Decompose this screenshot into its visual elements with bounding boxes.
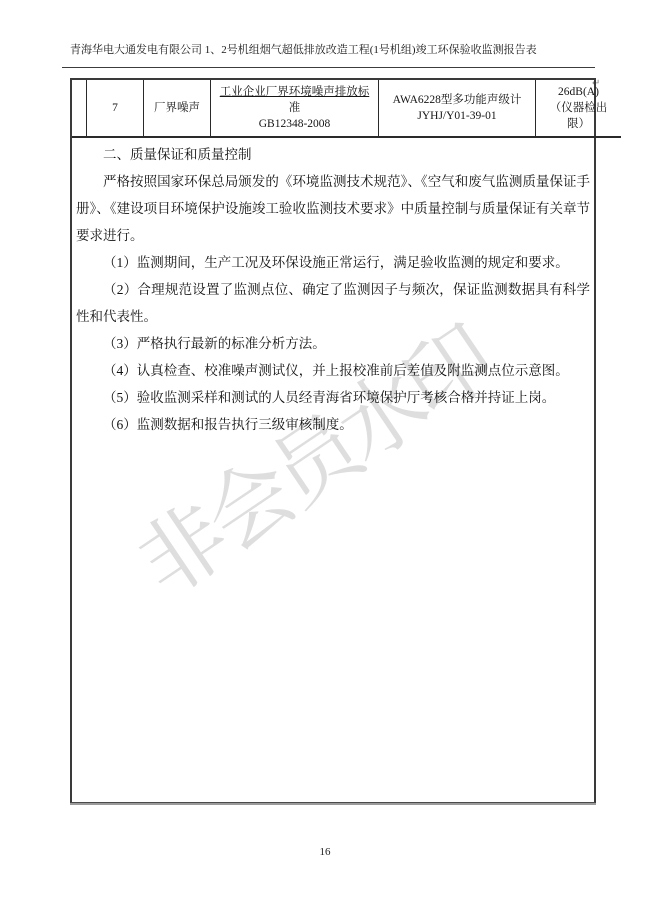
list-item-5: （5）验收监测采样和测试的人员经青海省环境保护厅考核合格并持证上岗。 <box>76 384 590 411</box>
empty-sliver-cell <box>72 80 87 137</box>
instrument-serial: JYHJ/Y01-39-01 <box>381 108 533 124</box>
report-form-frame: 7 厂界噪声 工业企业厂界环境噪声排放标 准 GB12348-2008 AWA6… <box>70 78 596 803</box>
detection-limit-value: 26dB(A) <box>538 84 619 100</box>
detection-limit-cell: 26dB(A) （仪器检出 限） <box>536 80 622 137</box>
list-item-4: （4）认真检查、校准噪声测试仪，并上报校准前后差值及附监测点位示意图。 <box>76 357 590 384</box>
section-paragraph: 严格按照国家环保总局颁发的《环境监测技术规范》、《空气和废气监测质量保证手册》、… <box>76 168 590 249</box>
list-item-6: （6）监测数据和报告执行三级审核制度。 <box>76 411 590 438</box>
page-number: 16 <box>0 846 650 858</box>
standard-code: GB12348-2008 <box>213 116 376 132</box>
list-item-2: （2）合理规范设置了监测点位、确定了监测因子与频次，保证监测数据具有科学性和代表… <box>76 276 590 330</box>
monitoring-item-cell: 厂界噪声 <box>144 80 211 137</box>
monitoring-standards-table: 7 厂界噪声 工业企业厂界环境噪声排放标 准 GB12348-2008 AWA6… <box>72 80 621 138</box>
header-divider-line <box>62 67 595 68</box>
standard-cell: 工业企业厂界环境噪声排放标 准 GB12348-2008 <box>211 80 379 137</box>
standard-name-line2: 准 <box>213 100 376 116</box>
qa-qc-section: 二、质量保证和质量控制 严格按照国家环保总局颁发的《环境监测技术规范》、《空气和… <box>72 140 594 438</box>
section-heading: 二、质量保证和质量控制 <box>76 141 590 168</box>
document-page: 青海华电大通发电有限公司 1、2号机组烟气超低排放改造工程(1号机组)竣工环保验… <box>0 0 650 919</box>
detection-limit-note-line2: 限） <box>538 116 619 132</box>
detection-limit-note-line1: （仪器检出 <box>538 100 619 116</box>
instrument-model: AWA6228型多功能声级计 <box>381 92 533 108</box>
running-header-title: 青海华电大通发电有限公司 1、2号机组烟气超低排放改造工程(1号机组)竣工环保验… <box>70 43 570 57</box>
row-number-cell: 7 <box>87 80 144 137</box>
standard-name-line1: 工业企业厂界环境噪声排放标 <box>213 84 376 100</box>
list-item-3: （3）严格执行最新的标准分析方法。 <box>76 330 590 357</box>
table-row: 7 厂界噪声 工业企业厂界环境噪声排放标 准 GB12348-2008 AWA6… <box>72 80 621 137</box>
list-item-1: （1）监测期间，生产工况及环保设施正常运行，满足验收监测的规定和要求。 <box>76 249 590 276</box>
instrument-cell: AWA6228型多功能声级计 JYHJ/Y01-39-01 <box>379 80 536 137</box>
